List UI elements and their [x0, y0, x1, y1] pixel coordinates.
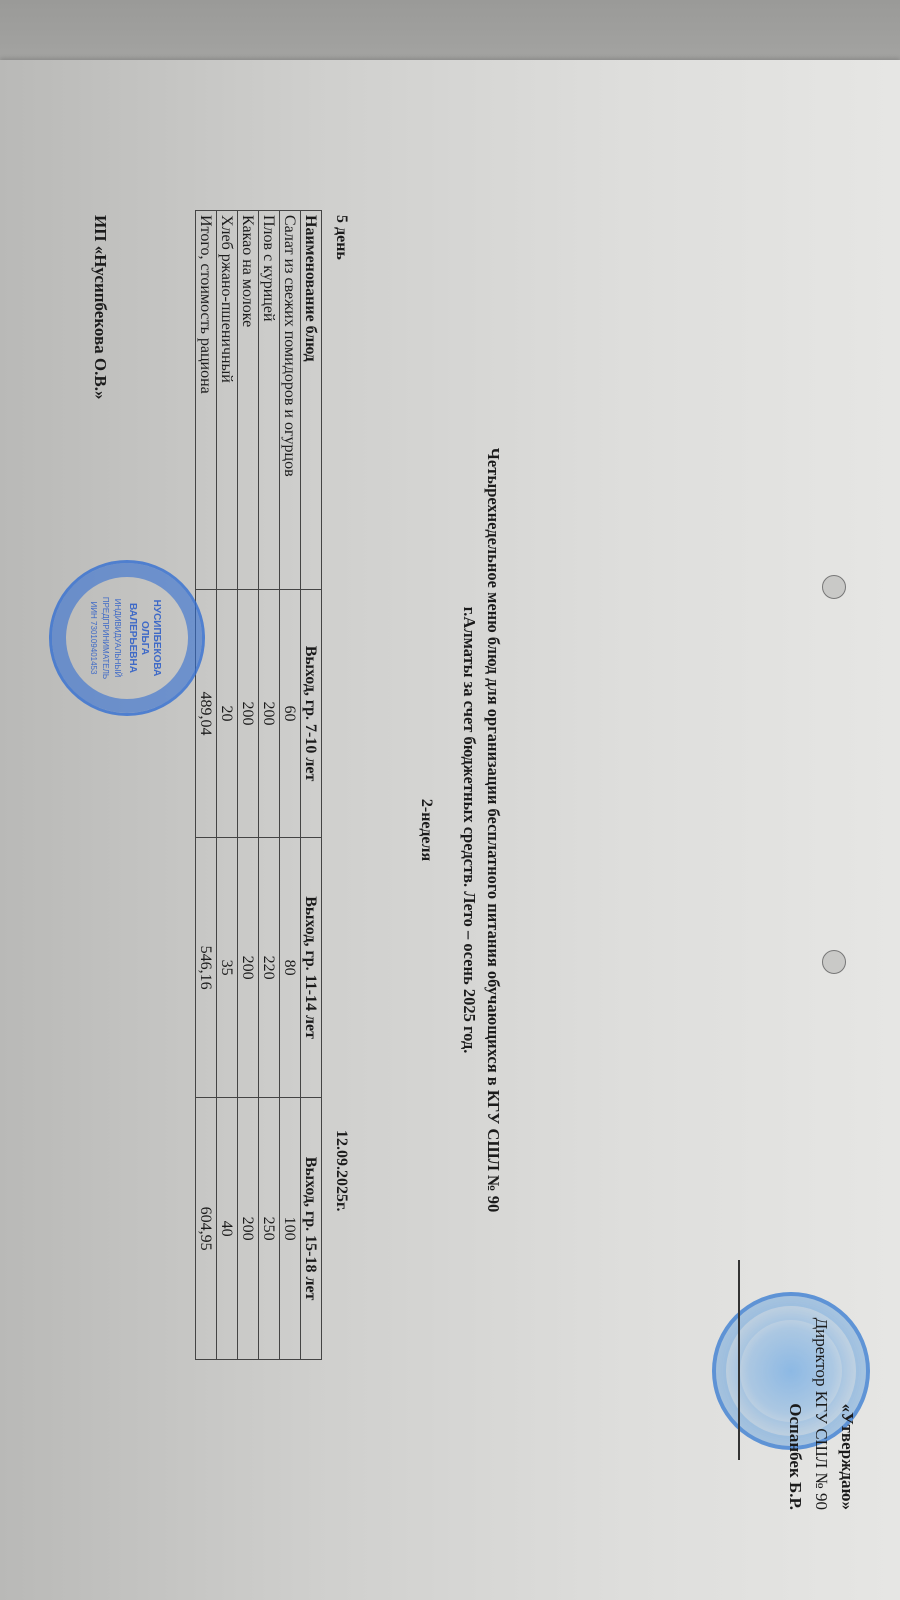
portion-11-14: 200 — [238, 838, 259, 1098]
table-total-row: Итого, стоимость рациона 489,04 546,16 6… — [196, 211, 217, 1360]
stamp-name-1: НУСИПБЕКОВА — [150, 593, 162, 683]
approval-heading: «Утверждаю» — [834, 1318, 860, 1510]
portion-11-14: 220 — [259, 838, 280, 1098]
portion-15-18: 200 — [238, 1098, 259, 1360]
header-11-14: Выход, гр. 11-14 лет — [301, 838, 322, 1098]
portion-15-18: 250 — [259, 1098, 280, 1360]
title-line-1: Четырехнедельное меню блюд для организац… — [481, 80, 505, 1580]
dish-name: Какао на молоке — [238, 211, 259, 590]
dish-name: Плов с курицей — [259, 211, 280, 590]
portion-7-10: 200 — [238, 590, 259, 838]
week-label: 2-неделя — [417, 80, 435, 1580]
document-title: Четырехнедельное меню блюд для организац… — [457, 80, 505, 1580]
date-label: 12.09.2025г. — [332, 1130, 350, 1211]
stamp-iin: ИИН 730109401453 — [87, 593, 99, 683]
total-11-14: 546,16 — [196, 838, 217, 1098]
header-15-18: Выход, гр. 15-18 лет — [301, 1098, 322, 1360]
entrepreneur-stamp: НУСИПБЕКОВА ОЛЬГА ВАЛЕРЬЕВНА ИНДИВИДУАЛЬ… — [49, 560, 205, 716]
portion-15-18: 100 — [280, 1098, 301, 1360]
portion-7-10: 20 — [217, 590, 238, 838]
signer-label: ИП «Нусипбекова О.В.» — [90, 215, 110, 400]
table-row: Салат из свежих помидоров и огурцов 60 8… — [280, 211, 301, 1360]
portion-11-14: 35 — [217, 838, 238, 1098]
approval-block: «Утверждаю» Директор КГУ СШЛ № 90 Оспанб… — [782, 1318, 860, 1510]
table-row: Какао на молоке 200 200 200 — [238, 211, 259, 1360]
portion-7-10: 60 — [280, 590, 301, 838]
dish-name: Хлеб ржано-пшеничный — [217, 211, 238, 590]
table-row: Хлеб ржано-пшеничный 20 35 40 — [217, 211, 238, 1360]
menu-table: Наименование блюд Выход, гр. 7-10 лет Вы… — [195, 210, 322, 1360]
header-7-10: Выход, гр. 7-10 лет — [301, 590, 322, 838]
stamp-type: ИНДИВИДУАЛЬНЫЙ ПРЕДПРИНИМАТЕЛЬ — [99, 593, 123, 683]
total-label: Итого, стоимость рациона — [196, 211, 217, 590]
document-page: «Утверждаю» Директор КГУ СШЛ № 90 Оспанб… — [70, 80, 890, 1580]
header-dish-name: Наименование блюд — [301, 211, 322, 590]
approval-position: Директор КГУ СШЛ № 90 — [808, 1318, 834, 1510]
table-header-row: Наименование блюд Выход, гр. 7-10 лет Вы… — [301, 211, 322, 1360]
total-15-18: 604,95 — [196, 1098, 217, 1360]
portion-11-14: 80 — [280, 838, 301, 1098]
portion-7-10: 200 — [259, 590, 280, 838]
portion-15-18: 40 — [217, 1098, 238, 1360]
dish-name: Салат из свежих помидоров и огурцов — [280, 211, 301, 590]
stamp-name-2: ОЛЬГА ВАЛЕРЬЕВНА — [126, 593, 150, 683]
title-line-2: г.Алматы за счет бюджетных средств. Лето… — [457, 80, 481, 1580]
director-signature-line — [738, 1260, 740, 1460]
approval-name: Оспанбек Б.Р. — [782, 1318, 808, 1510]
day-label: 5 день — [332, 215, 350, 260]
table-row: Плов с курицей 200 220 250 — [259, 211, 280, 1360]
